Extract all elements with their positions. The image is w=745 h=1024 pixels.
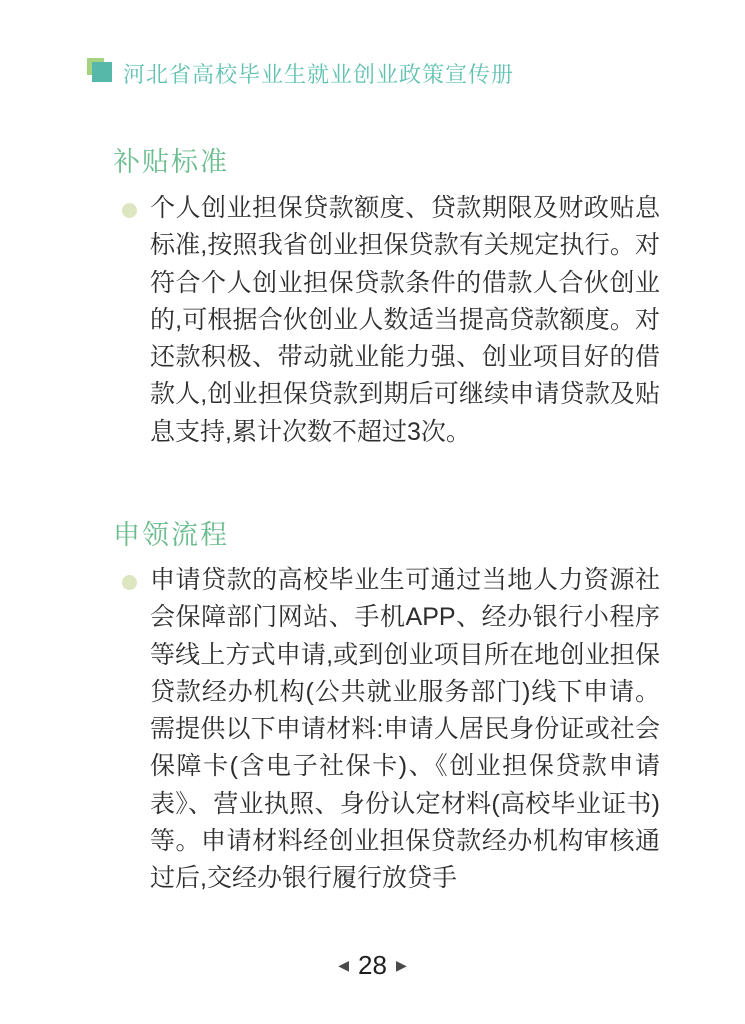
- overlapping-squares-icon: [87, 58, 115, 88]
- logo-front-square: [92, 62, 112, 82]
- prev-page-icon[interactable]: ◀: [338, 959, 349, 973]
- page-pager: ◀ 28 ▶: [0, 950, 745, 981]
- booklet-title: 河北省高校毕业生就业创业政策宣传册: [123, 58, 514, 89]
- next-page-icon[interactable]: ▶: [396, 959, 407, 973]
- section-body-application-process: 申请贷款的高校毕业生可通过当地人力资源社会保障部门网站、手机APP、经办银行小程…: [150, 562, 660, 898]
- bullet-icon: [122, 203, 137, 218]
- section-heading-application-process: 申领流程: [113, 513, 229, 552]
- bullet-icon: [122, 575, 137, 590]
- page-header: 河北省高校毕业生就业创业政策宣传册: [87, 57, 514, 89]
- section-body-subsidy-standard: 个人创业担保贷款额度、贷款期限及财政贴息标准,按照我省创业担保贷款有关规定执行。…: [150, 190, 660, 451]
- page-number: 28: [358, 950, 387, 981]
- section-heading-subsidy-standard: 补贴标准: [113, 140, 229, 179]
